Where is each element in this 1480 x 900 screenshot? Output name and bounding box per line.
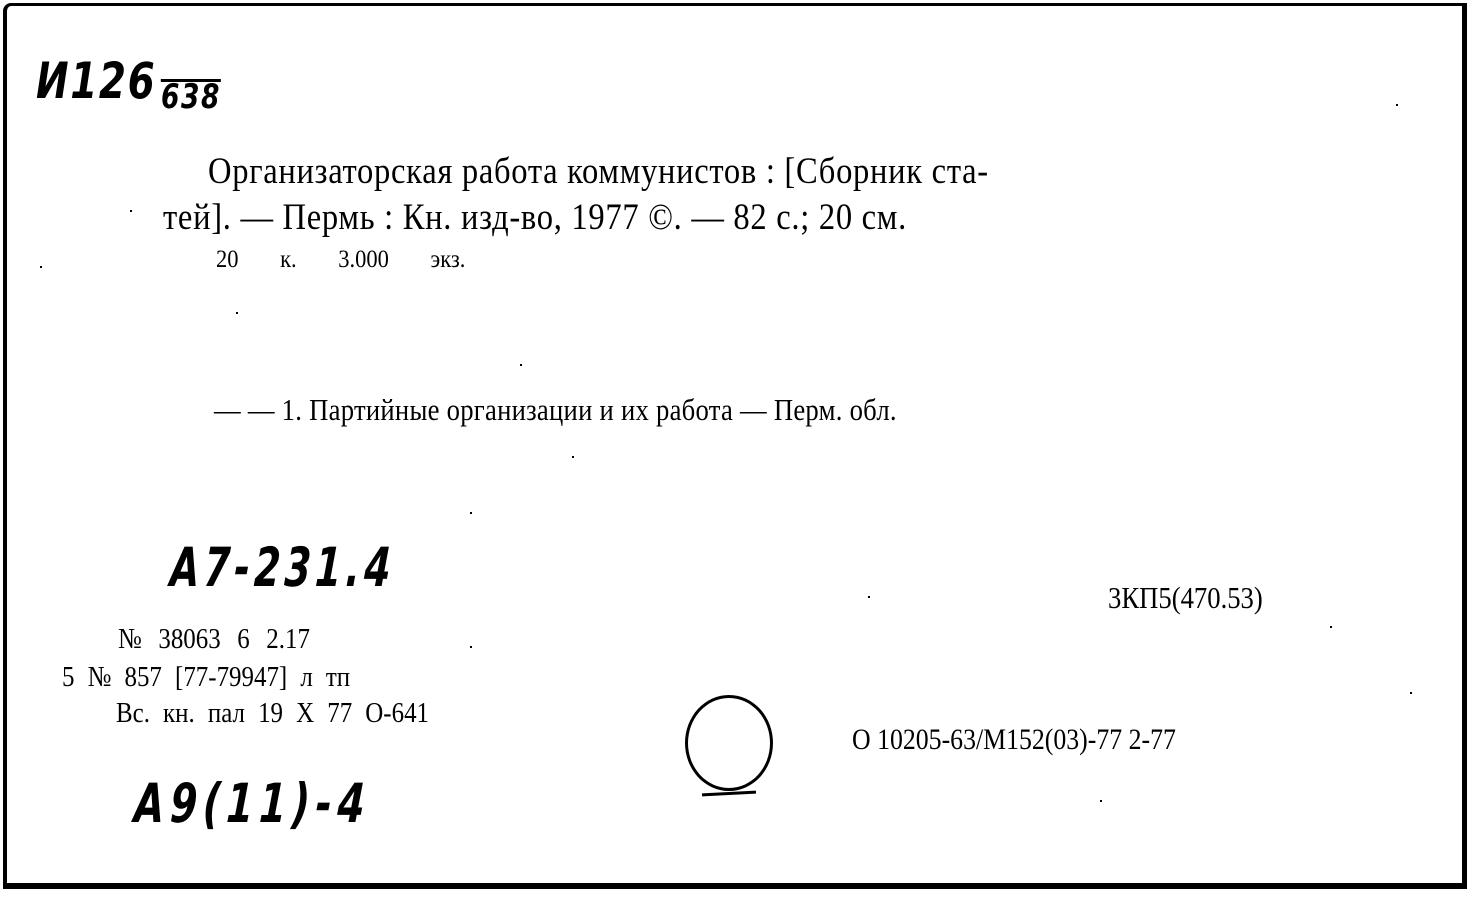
call-number-main: И126 [36, 52, 156, 110]
handwritten-call-number: И126638 [36, 52, 221, 112]
subject-heading: — — 1. Партийные организации и их работа… [214, 392, 897, 428]
call-number-sub: 638 [161, 79, 221, 112]
price-and-print-run: 20 к. 3.000 экз. [216, 246, 465, 274]
scan-speck [1330, 626, 1332, 628]
scan-speck [1100, 800, 1102, 802]
scan-speck [236, 312, 238, 314]
publisher-code-line-3: Вс. кн. пал 19 X 77 О-641 [116, 697, 429, 730]
title-line-2: тей]. — Пермь : Кн. изд-во, 1977 ©. — 82… [163, 196, 907, 239]
handwritten-inventory-number-2: А9(11)-4 [133, 772, 372, 835]
classification-code: 3КП5(470.53) [1108, 580, 1263, 616]
publisher-code-line-1: № 38063 6 2.17 [118, 623, 310, 656]
handwritten-inventory-number-1: А7-231.4 [169, 536, 396, 599]
index-code: О 10205-63/М152(03)-77 2-77 [852, 723, 1176, 757]
scan-speck [470, 646, 472, 648]
publisher-code-line-2: 5 № 857 [77-79947] л тп [62, 661, 350, 694]
scan-speck [520, 364, 522, 366]
title-line-1: Организаторская работа коммунистов : [Сб… [208, 150, 989, 193]
scan-speck [868, 596, 870, 598]
scan-speck [40, 266, 42, 268]
scan-speck [1410, 692, 1412, 694]
scan-speck [130, 210, 132, 212]
scan-speck [572, 456, 574, 458]
circle-stamp-icon [685, 695, 773, 791]
scan-speck [470, 512, 472, 514]
scan-speck [1396, 104, 1398, 106]
